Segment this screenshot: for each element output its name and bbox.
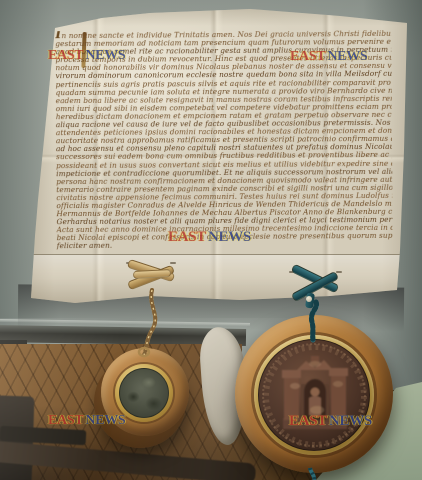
cord-bead: [306, 296, 312, 302]
watermark-eastnews-top-right: EASTNEWS: [290, 49, 367, 64]
watermark-eastnews-bottom-right: EASTNEWS: [289, 413, 372, 429]
watermark-news-text: NEWS: [85, 413, 125, 427]
watermark-eastnews-middle: EASTNEWS: [168, 229, 251, 245]
parchment-slit: [336, 271, 342, 273]
museum-photo-of-charter: In nomine sancte et individue Trinitatis…: [0, 0, 422, 480]
watermark-east-text: EAST: [290, 49, 325, 63]
watermark-news-text: NEWS: [85, 48, 125, 62]
parchment-slit: [170, 262, 176, 264]
large-seal-legend-ring: [262, 343, 366, 447]
watermark-east-text: EAST: [168, 229, 206, 244]
watermark-news-text: NEWS: [329, 413, 372, 428]
watermark-news-text: NEWS: [327, 49, 367, 63]
watermark-east-text: EAST: [289, 413, 327, 428]
watermark-east-text: EAST: [48, 413, 83, 427]
watermark-news-text: NEWS: [208, 229, 251, 244]
watermark-eastnews-top-left: EASTNEWS: [48, 48, 125, 63]
small-seal-wax: [119, 368, 169, 418]
watermark-eastnews-bottom-left: EASTNEWS: [48, 413, 125, 428]
watermark-east-text: EAST: [48, 48, 83, 62]
